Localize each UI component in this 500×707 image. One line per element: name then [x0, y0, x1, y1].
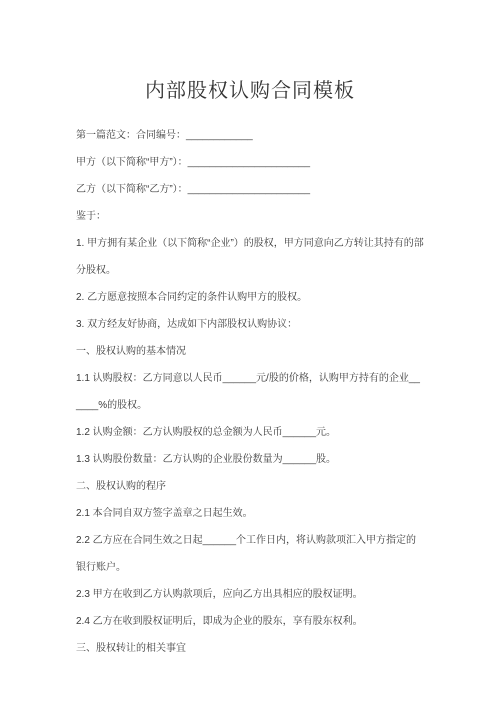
section-3-heading: 三、股权转让的相关事宜: [76, 635, 424, 662]
section-1-heading: 一、股权认购的基本情况: [76, 338, 424, 365]
clause-2-2: 2.2 乙方应在合同生效之日起______个工作日内，将认购款项汇入甲方指定的银…: [76, 527, 424, 581]
recital-3: 3. 双方经友好协商，达成如下内部股权认购协议：: [76, 311, 424, 338]
document-title: 内部股权认购合同模板: [76, 76, 424, 106]
clause-1-3: 1.3 认购股份数量：乙方认购的企业股份数量为______股。: [76, 446, 424, 473]
document-body: 第一篇范文：合同编号：____________ 甲方（以下简称“甲方”）：___…: [76, 122, 424, 662]
clause-2-4: 2.4 乙方在收到股权证明后，即成为企业的股东，享有股东权利。: [76, 608, 424, 635]
section-2-heading: 二、股权认购的程序: [76, 473, 424, 500]
clause-2-1: 2.1 本合同自双方签字盖章之日起生效。: [76, 500, 424, 527]
clause-1-1: 1.1 认购股权：乙方同意以人民币______元/股的价格，认购甲方持有的企业_…: [76, 365, 424, 419]
document-page: 内部股权认购合同模板 第一篇范文：合同编号：____________ 甲方（以下…: [0, 0, 500, 707]
clause-2-3: 2.3 甲方在收到乙方认购款项后，应向乙方出具相应的股权证明。: [76, 581, 424, 608]
recital-2: 2. 乙方愿意按照本合同约定的条件认购甲方的股权。: [76, 284, 424, 311]
clause-1-2: 1.2 认购金额：乙方认购股权的总金额为人民币______元。: [76, 419, 424, 446]
meta-contract-number-line: 第一篇范文：合同编号：____________: [76, 122, 424, 149]
whereas-label: 鉴于：: [76, 203, 424, 230]
party-b-line: 乙方（以下简称“乙方”）：______________________: [76, 176, 424, 203]
party-a-line: 甲方（以下简称“甲方”）：______________________: [76, 149, 424, 176]
recital-1: 1. 甲方拥有某企业（以下简称“企业”）的股权，甲方同意向乙方转让其持有的部分股…: [76, 230, 424, 284]
